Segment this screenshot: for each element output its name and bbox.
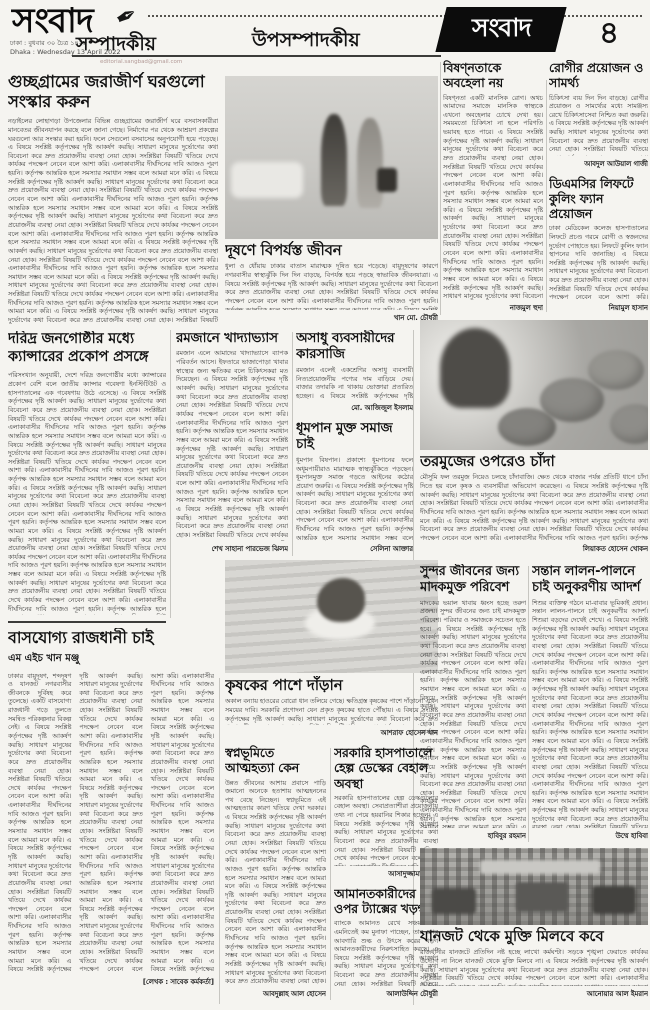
- photo-traffic-jam: [420, 848, 648, 925]
- column-rule: [528, 566, 529, 842]
- column-rule: [292, 332, 293, 556]
- pedestrian-figure: [357, 118, 383, 208]
- byline-dreamland: আবদুল্লাহ আল হোসেন: [225, 988, 326, 1000]
- headline-editorial1: গুচ্ছগ্রামের জরাজীর্ণ ঘরগুলো সংস্কার করু…: [8, 72, 218, 112]
- byline-drugfree: হাবিবুর রহমান: [420, 830, 526, 842]
- column-rule: [170, 330, 171, 618]
- headline-watermelon: তরমুজের ওপরেও চাঁদা: [420, 452, 648, 470]
- headline-patient: রোগীর প্রয়োজন ও সামর্থ্য: [549, 60, 648, 91]
- column-rule: [440, 62, 441, 315]
- body-parenting: শিশুর ব্যক্তিত্ব গঠনে মা-বাবার ভূমিকাই প…: [532, 599, 648, 828]
- byline-parenting: উম্মে হাবিবা: [532, 830, 648, 842]
- headline-parenting: সন্তান লালন-পালনে চাই অনুকরণীয় আদর্শ: [532, 564, 648, 596]
- watermelon-shape: [610, 404, 648, 444]
- body-pollution: ধুলা ও ধোঁয়ায় ঢাকার বাতাস মারাত্মক দূষ…: [225, 262, 438, 310]
- masthead-dotted-rule: [148, 15, 642, 17]
- byline-dishonest: মো. আজিজুল ইসলাম: [296, 402, 413, 414]
- page-number: ৪: [599, 9, 619, 61]
- article-pollution: দূষণে বিপর্যস্ত জীবন ধুলা ও ধোঁয়ায় ঢাক…: [225, 241, 438, 327]
- headline-lift: ডিএমসির লিফটে কুলিং ফ্যান প্রয়োজন: [549, 176, 648, 222]
- headline-pollution: দূষণে বিপর্যস্ত জীবন: [225, 241, 438, 259]
- author-livable: এম এইচ খান মঞ্জু: [8, 651, 214, 668]
- article-ramadan: রমজানে খাদ্যাভ্যাস রমজান এলে আমাদের খাদ্…: [176, 330, 288, 558]
- songbad-logo-right-text: সংবাদ: [472, 8, 531, 51]
- column-rule: [546, 80, 547, 312]
- column-rule: [330, 748, 331, 1000]
- byline-traffic: আনোয়ার আল ইমরান: [420, 988, 648, 1000]
- headline-dishonest: অসাধু ব্যবসায়ীদের কারসাজি: [296, 330, 413, 363]
- vendor-figure: [440, 328, 510, 408]
- body-editorial1: নড়াইলের লোহাগড়া উপজেলার বিভিন্ন গুচ্ছগ…: [8, 117, 218, 325]
- article-livable: বাসযোগ্য রাজধানী চাই এম এইচ খান মঞ্জু ঢা…: [8, 628, 214, 1005]
- byline-pollution: খান মো. চৌধুরী: [225, 312, 438, 324]
- body-patient: চিকিৎসা ব্যয় দিন দিন বাড়ছে। রোগীর প্রয…: [549, 94, 648, 156]
- photo-flood-farmer: [225, 560, 438, 673]
- editorial-email: editorial.sangbad@gmail.com: [100, 59, 182, 65]
- body-editorial2: পরিসংখ্যান অনুযায়ী, দেশে দরিদ্র জনগোষ্ঠ…: [8, 371, 166, 615]
- article-watermelon: তরমুজের ওপরেও চাঁদা মৌসুমি ফল তরমুজ নিয়…: [420, 452, 648, 558]
- body-drugfree: মাদকের ভয়াল থাবায় ধ্বংস হচ্ছে তরুণ প্র…: [420, 599, 526, 828]
- photo-dust-storm: [225, 76, 438, 239]
- headline-editorial2: দরিদ্র জনগোষ্ঠীর মধ্যে ক্যান্সারের প্রকো…: [8, 331, 166, 366]
- article-depression: বিষণ্নতাকে অবহেলা নয় বিষণ্নতা একটি মানস…: [443, 60, 543, 317]
- headline-farmer: কৃষকের পাশে দাঁড়ান: [225, 676, 438, 694]
- handbag-shape: [377, 168, 397, 192]
- headline-livable: বাসযোগ্য রাজধানী চাই: [8, 628, 173, 648]
- crowd-strip: [480, 860, 600, 874]
- column-rule: [219, 678, 220, 1004]
- songbad-logo-right: সংবাদ: [435, 7, 566, 52]
- body-traffic: রাজধানীর যানজটে প্রতিদিন নষ্ট হচ্ছে লাখো…: [420, 948, 648, 986]
- article-editorial2: দরিদ্র জনগোষ্ঠীর মধ্যে ক্যান্সারের প্রকো…: [8, 331, 166, 615]
- body-ramadan: রমজান এলে আমাদের খাদ্যাভ্যাসে ব্যাপক পরি…: [176, 349, 288, 541]
- body-dreamland: উন্নত জীবনের আশায় প্রবাসে পাড়ি জমানো অ…: [225, 779, 326, 987]
- right-column-2: রোগীর প্রয়োজন ও সামর্থ্য চিকিৎসা ব্যয় …: [549, 60, 648, 317]
- body-smoking: ধূমপান বিষপান। প্রকাশ্যে ধূমপানের ফলে অধ…: [296, 456, 413, 541]
- byline-ramadan: শেখ সাহানা পারভেজ ঝিলম: [176, 543, 288, 555]
- photo-watermelons: [420, 320, 648, 450]
- headline-ramadan: রমজানে খাদ্যাভ্যাস: [176, 330, 288, 346]
- article-dreamland: স্বপ্নভূমিতে আত্মহত্যা কেন উন্নত জীবনের …: [225, 745, 326, 1003]
- headline-traffic: যানজট থেকে মুক্তি মিলবে কবে: [420, 927, 648, 945]
- section-upsampadakiya-label: উপসম্পাদকীয়: [252, 26, 360, 58]
- middle-column-b: অসাধু ব্যবসায়ীদের কারসাজি রমজান এলেই এক…: [296, 330, 413, 558]
- watermelon-shape: [498, 408, 556, 446]
- article-drugfree: সুন্দর জীবনের জন্য মাদকমুক্ত পরিবেশ মাদক…: [420, 564, 526, 845]
- car-shape: [231, 162, 303, 198]
- body-watermelon: মৌসুমি ফল তরমুজ নিয়েও চলছে চাঁদাবাজি। ক…: [420, 473, 648, 541]
- byline-farmer: আশরাফ হোসেন খান: [225, 727, 438, 739]
- body-livable: ঢাকার বায়ুদূষণ, শব্দদূষণ ও যানজট নগরবাস…: [8, 672, 214, 982]
- byline-smoking: সেলিনা আক্তার: [296, 543, 413, 555]
- farmer-figure: [317, 578, 365, 622]
- headline-depression: বিষণ্নতাকে অবহেলা নয়: [443, 60, 543, 91]
- newspaper-page: সংবাদ ✒ ঢাকা : বুধবার ৩০ চৈত্র ১৪২৮ Dhak…: [0, 0, 650, 1010]
- body-farmer: অকাল বন্যায় হাওরের বোরো ধান তলিয়ে গেছে…: [225, 697, 438, 725]
- vehicle-shape: [592, 886, 636, 914]
- vehicle-shape: [516, 882, 568, 912]
- footer-livable: [লেখক : সাবেক কর্মকর্তা]: [132, 976, 214, 988]
- headline-drugfree: সুন্দর জীবনের জন্য মাদকমুক্ত পরিবেশ: [420, 564, 526, 596]
- body-dishonest: রমজান এলেই একশ্রেণির অসাধু ব্যবসায়ী নিত…: [296, 366, 413, 400]
- byline-watermelon: লিয়াকত হোসেন খোকন: [420, 543, 648, 555]
- headline-smoking: ধূমপান মুক্ত সমাজ চাই: [296, 420, 413, 453]
- body-lift: ঢাকা মেডিকেল কলেজ হাসপাতালের লিফটে প্রচণ…: [549, 224, 648, 300]
- pedestrian-figure: [321, 114, 347, 206]
- byline-lift: নিয়ামুল হাসান: [549, 302, 648, 314]
- body-depression: বিষণ্নতা একটি মানসিক রোগ। অথচ আমাদের সমা…: [443, 94, 543, 301]
- headline-dreamland: স্বপ্নভূমিতে আত্মহত্যা কেন: [225, 745, 326, 776]
- article-traffic: যানজট থেকে মুক্তি মিলবে কবে রাজধানীর যান…: [420, 927, 648, 1003]
- watermelon-shape: [588, 350, 644, 390]
- article-farmer: কৃষকের পাশে দাঁড়ান অকাল বন্যায় হাওরের …: [225, 676, 438, 742]
- section-editorial-label: সম্পাদকীয়: [76, 30, 156, 62]
- byline-depression: নাজমুল হুদা: [443, 302, 543, 314]
- article-parenting: সন্তান লালন-পালনে চাই অনুকরণীয় আদর্শ শি…: [532, 564, 648, 845]
- left-section-rule: [8, 621, 166, 623]
- byline-patient: আবদুল আউয়াল গাজী: [549, 158, 648, 170]
- vehicle-shape: [432, 888, 476, 914]
- article-editorial1: গুচ্ছগ্রামের জরাজীর্ণ ঘরগুলো সংস্কার করু…: [8, 72, 218, 325]
